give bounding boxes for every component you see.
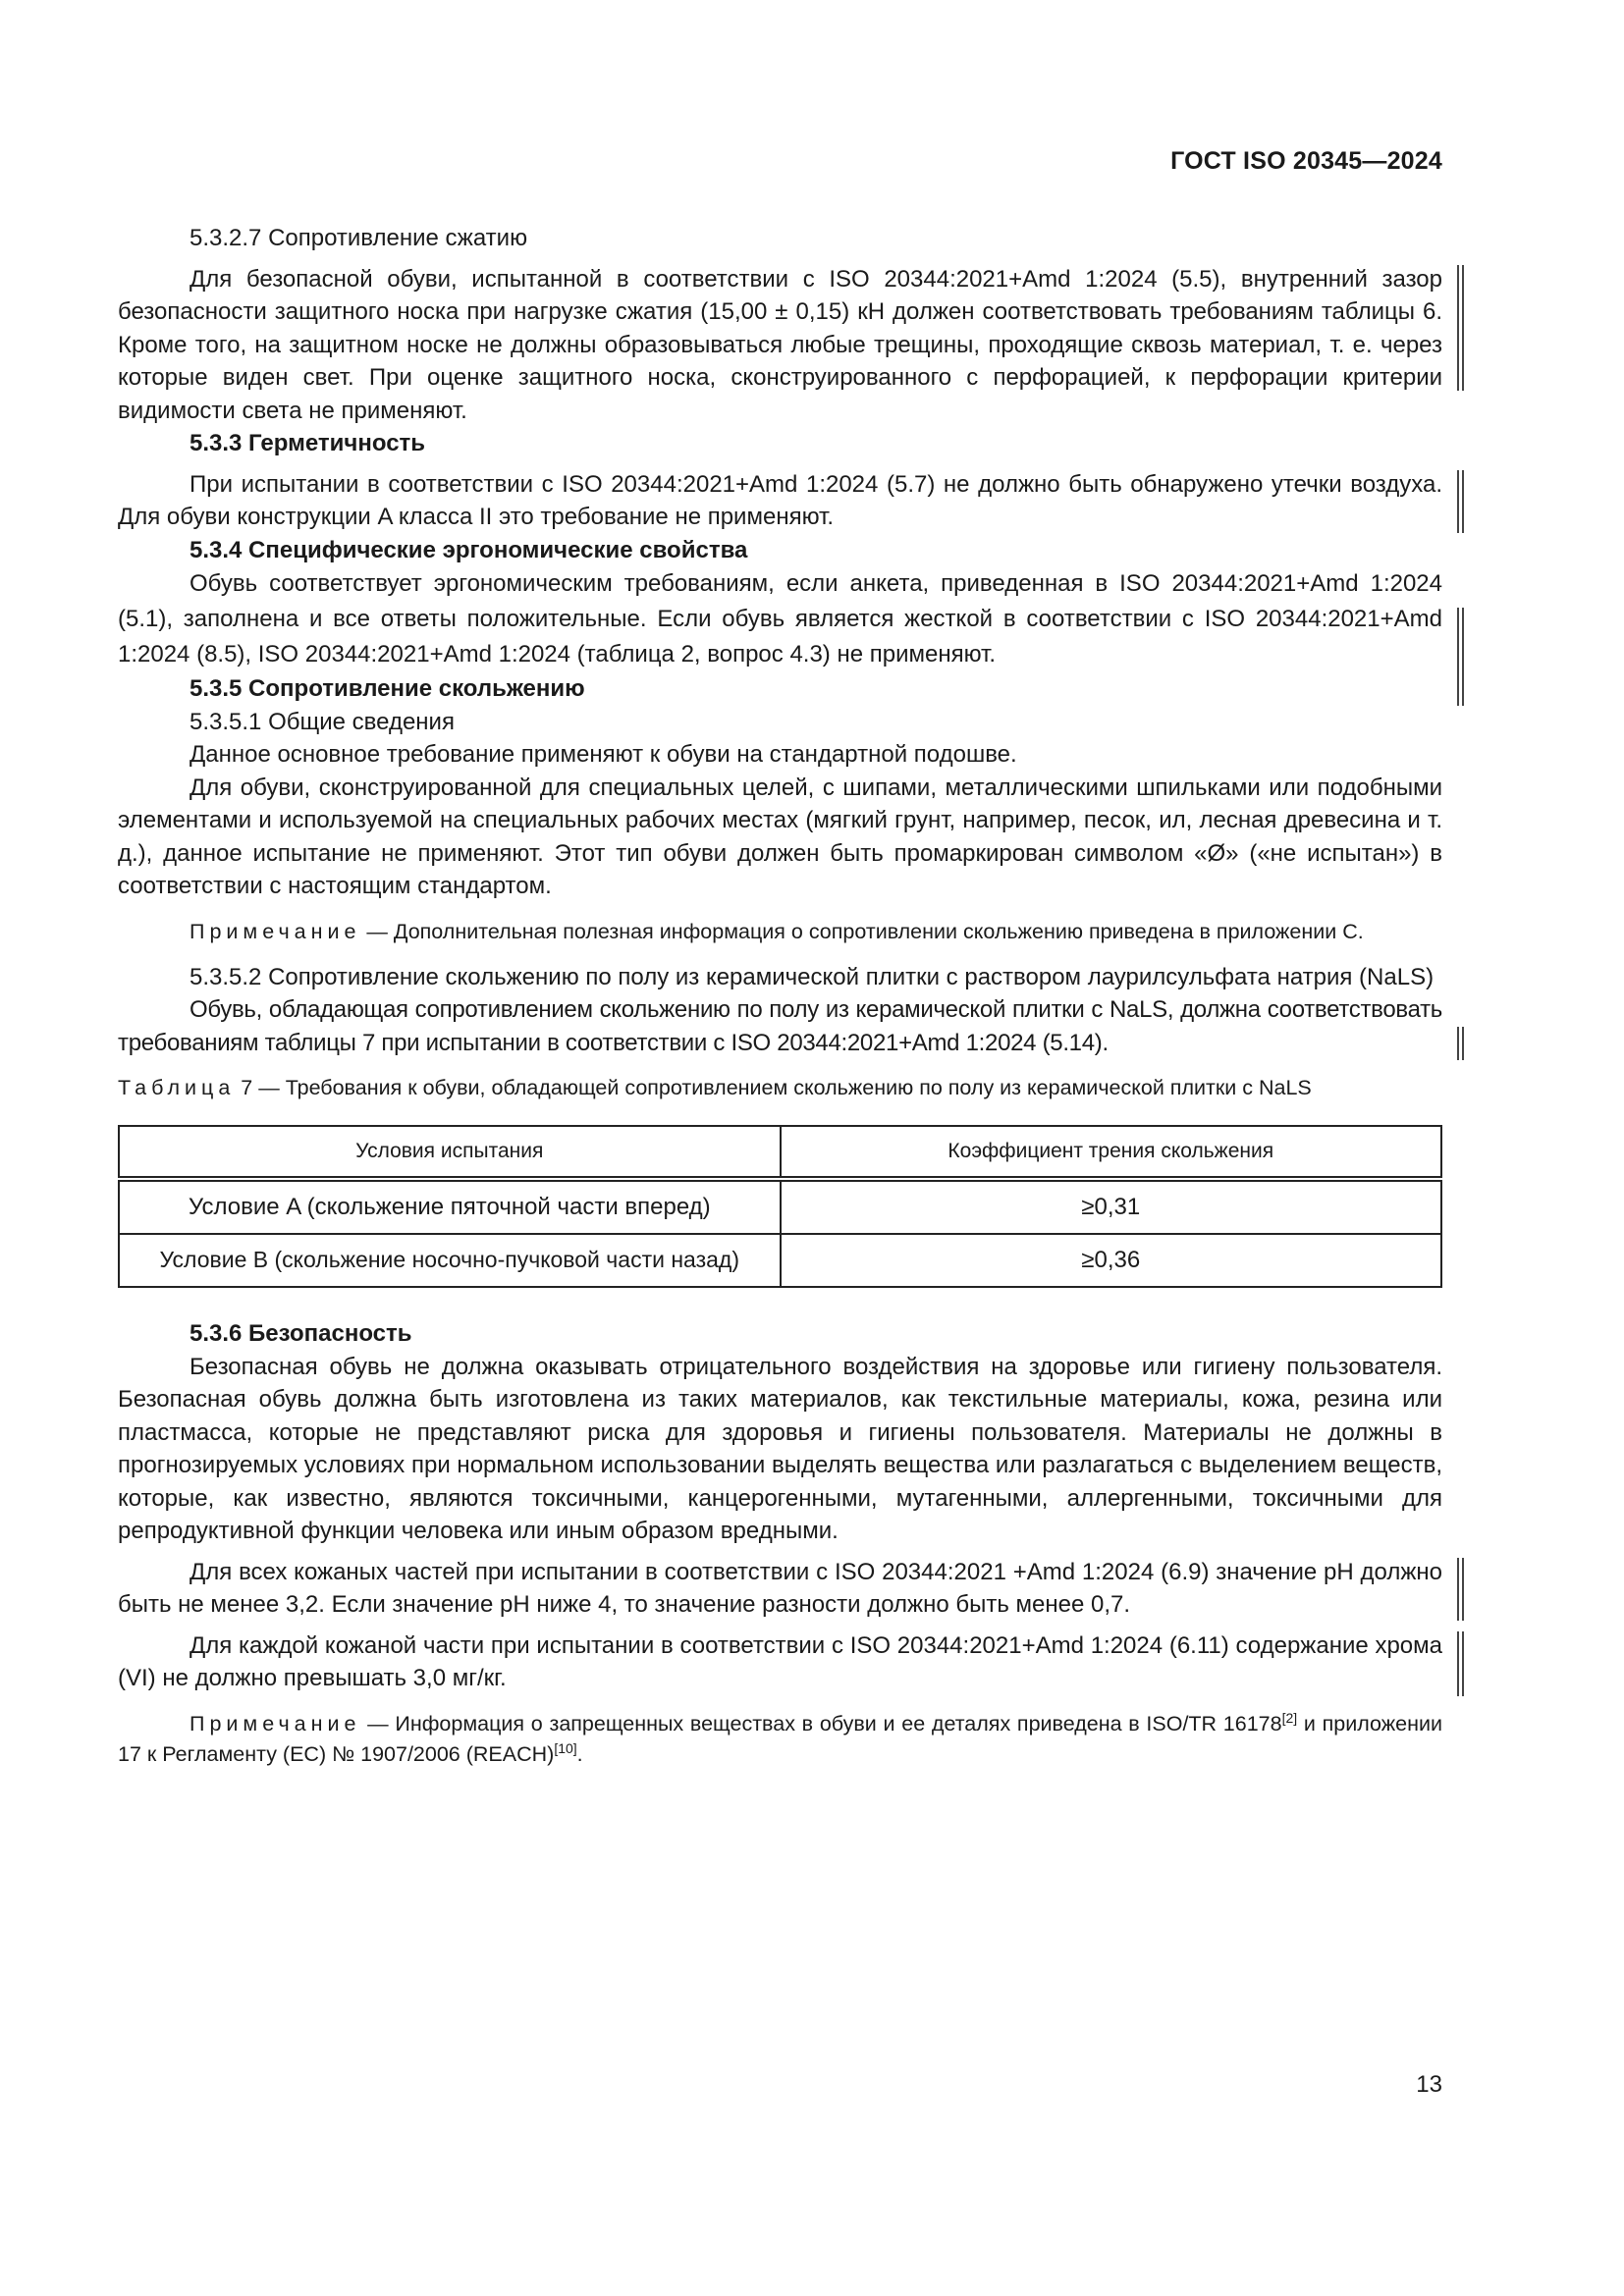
section-5-3-6-paragraph-1: Безопасная обувь не должна оказывать отр… — [118, 1351, 1442, 1548]
table-cell: ≥0,31 — [781, 1179, 1442, 1234]
reference-link[interactable]: [2] — [1282, 1709, 1298, 1725]
note-hazardous-substances: Примечание — Информация о запрещенных ве… — [118, 1709, 1442, 1770]
section-5-3-3-title: 5.3.3 Герметичность — [118, 427, 1442, 460]
change-bar — [1457, 1027, 1464, 1060]
table-cell: Условие B (скольжение носочно-пучковой ч… — [119, 1234, 781, 1287]
page-number: 13 — [1416, 2071, 1442, 2099]
change-bar — [1457, 470, 1464, 533]
section-5-3-5-2-paragraph: Обувь, обладающая сопротивлением скольже… — [118, 993, 1442, 1059]
section-5-3-6-paragraph-2: Для всех кожаных частей при испытании в … — [118, 1556, 1442, 1622]
change-bar — [1457, 1558, 1464, 1621]
table-7-caption: Таблица 7 — Требования к обуви, обладающ… — [118, 1073, 1442, 1103]
note-slip-resistance: Примечание — Дополнительная полезная инф… — [118, 917, 1442, 947]
table-cell: ≥0,36 — [781, 1234, 1442, 1287]
change-bar — [1457, 265, 1464, 391]
section-5-3-4-paragraph: Обувь соответствует эргономическим требо… — [118, 566, 1442, 672]
table-7: Условия испытания Коэффициент трения ско… — [118, 1125, 1442, 1288]
table-header-row: Условия испытания Коэффициент трения ско… — [119, 1126, 1441, 1179]
table-header-cell: Условия испытания — [119, 1126, 781, 1179]
table-header-cell: Коэффициент трения скольжения — [781, 1126, 1442, 1179]
section-5-3-5-2-title: 5.3.5.2 Сопротивление скольжению по полу… — [118, 961, 1442, 994]
reference-link[interactable]: [10] — [554, 1739, 576, 1755]
table-cell: Условие A (скольжение пяточной части впе… — [119, 1179, 781, 1234]
table-row: Условие A (скольжение пяточной части впе… — [119, 1179, 1441, 1234]
section-5-3-3-paragraph: При испытании в соответствии с ISO 20344… — [118, 468, 1442, 534]
section-5-3-5-1-paragraph-1: Данное основное требование применяют к о… — [118, 738, 1442, 772]
section-5-3-5-title: 5.3.5 Сопротивление скольжению — [118, 672, 1442, 706]
section-5-3-6-title: 5.3.6 Безопасность — [118, 1317, 1442, 1351]
section-5-3-6-paragraph-3: Для каждой кожаной части при испытании в… — [118, 1629, 1442, 1695]
section-5-3-2-7-paragraph: Для безопасной обуви, испытанной в соотв… — [118, 263, 1442, 428]
section-5-3-2-7-title: 5.3.2.7 Сопротивление сжатию — [118, 222, 1442, 255]
section-5-3-5-1-title: 5.3.5.1 Общие сведения — [118, 706, 1442, 739]
change-bar — [1457, 1631, 1464, 1696]
page-content: 5.3.2.7 Сопротивление сжатию Для безопас… — [118, 222, 1442, 1770]
document-header: ГОСТ ISO 20345—2024 — [1170, 147, 1442, 176]
section-5-3-4-title: 5.3.4 Специфические эргономические свойс… — [118, 534, 1442, 567]
table-row: Условие B (скольжение носочно-пучковой ч… — [119, 1234, 1441, 1287]
section-5-3-5-1-paragraph-2: Для обуви, сконструированной для специал… — [118, 772, 1442, 903]
change-bar — [1457, 608, 1464, 706]
